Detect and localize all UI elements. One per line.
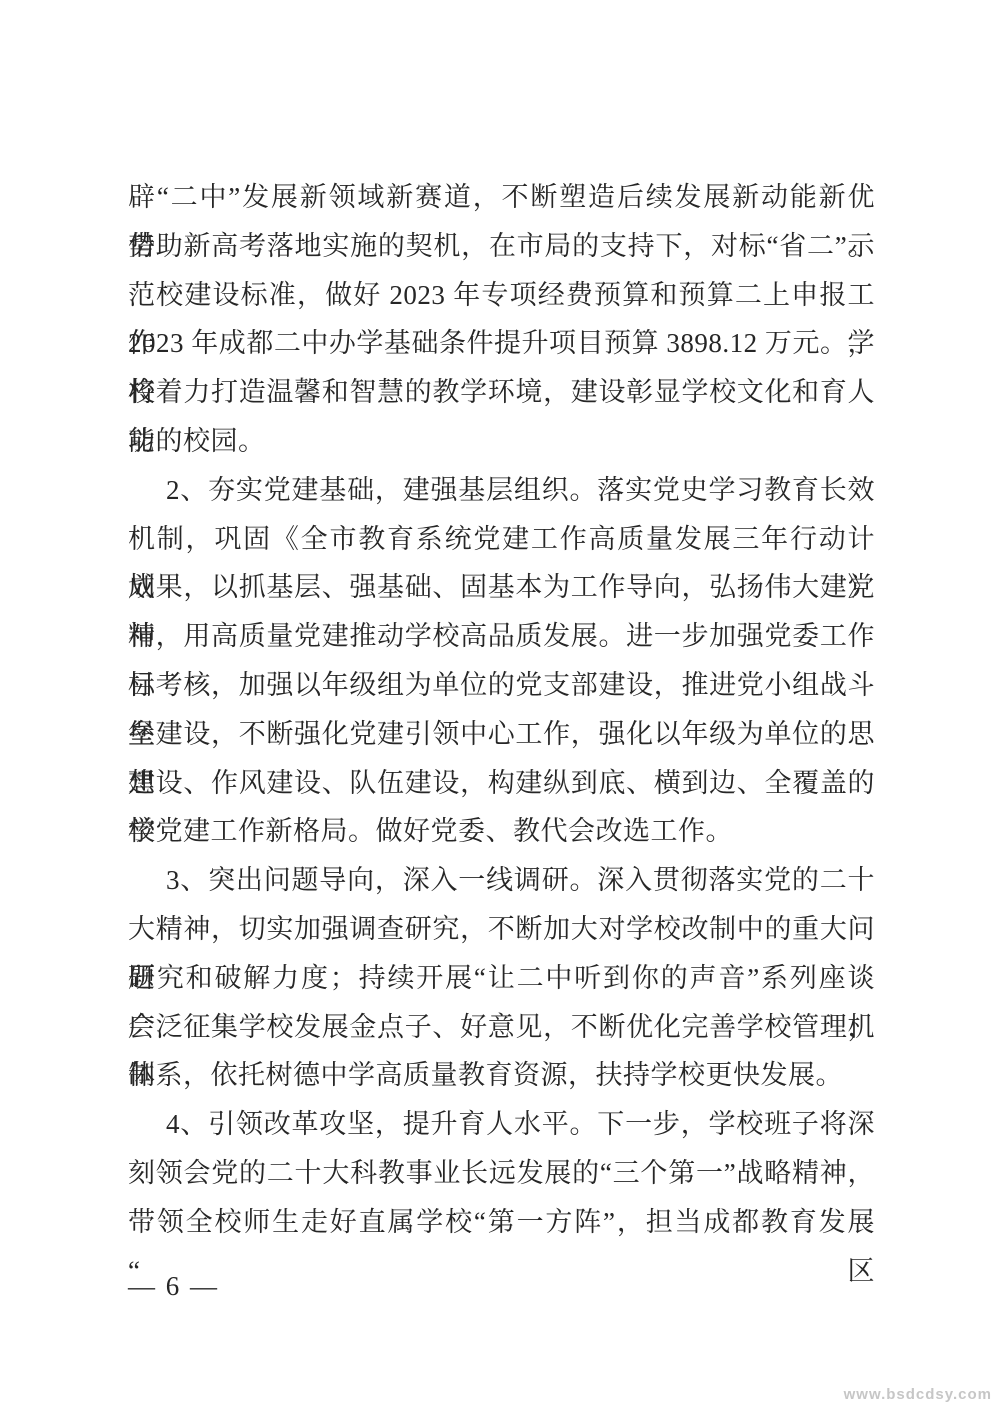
text-line: 2023 年成都二中办学基础条件提升项目预算 3898.12 万元。学校 [128,319,875,368]
text-line: 借助新高考落地实施的契机，在市局的支持下，对标“省二”示 [128,222,875,271]
text-line: 校党建工作新格局。做好党委、教代会改选工作。 [128,807,875,856]
text-line: 范校建设标准，做好 2023 年专项经费预算和预算二上申报工作， [128,271,875,320]
document-body: 辟“二中”发展新领域新赛道，不断塑造后续发展新动能新优势。 借助新高考落地实施的… [128,173,875,1247]
text-line paragraph-start: 4、引领改革攻坚，提升育人水平。下一步，学校班子将深 [128,1100,875,1149]
text-line: 能的校园。 [128,417,875,466]
watermark-text: www.bsdcdsy.com [844,1386,992,1403]
text-line: 垒建设，不断强化党建引领中心工作，强化以年级为单位的思想 [128,710,875,759]
text-line: 研究和破解力度；持续开展“让二中听到你的声音”系列座谈会， [128,954,875,1003]
text-line: 将着力打造温馨和智慧的教学环境，建设彰显学校文化和育人功 [128,368,875,417]
document-page: 辟“二中”发展新领域新赛道，不断塑造后续发展新动能新优势。 借助新高考落地实施的… [0,0,1000,1415]
text-line: 建设、作风建设、队伍建设，构建纵到底、横到边、全覆盖的学 [128,759,875,808]
text-line: 机制，巩固《全市教育系统党建工作高质量发展三年行动计划》 [128,515,875,564]
text-line: 辟“二中”发展新领域新赛道，不断塑造后续发展新动能新优势。 [128,173,875,222]
text-line: 带领全校师生走好直属学校“第一方阵”，担当成都教育发展“区 [128,1198,875,1247]
text-line: 刻领会党的二十大科教事业长远发展的“三个第一”战略精神， [128,1149,875,1198]
text-line paragraph-start: 3、突出问题导向，深入一线调研。深入贯彻落实党的二十 [128,856,875,905]
text-line paragraph-start: 2、夯实党建基础，建强基层组织。落实党史学习教育长效 [128,466,875,515]
text-line: 神，用高质量党建推动学校高品质发展。进一步加强党委工作目 [128,612,875,661]
text-line: 广泛征集学校发展金点子、好意见，不断优化完善学校管理机制 [128,1003,875,1052]
text-line: 体系，依托树德中学高质量教育资源，扶持学校更快发展。 [128,1051,875,1100]
text-line: 标考核，加强以年级组为单位的党支部建设，推进党小组战斗堡 [128,661,875,710]
text-line: 成果，以抓基层、强基础、固基本为工作导向，弘扬伟大建党精 [128,563,875,612]
page-number: — 6 — [128,1266,219,1306]
text-line: 大精神，切实加强调查研究，不断加大对学校改制中的重大问题 [128,905,875,954]
